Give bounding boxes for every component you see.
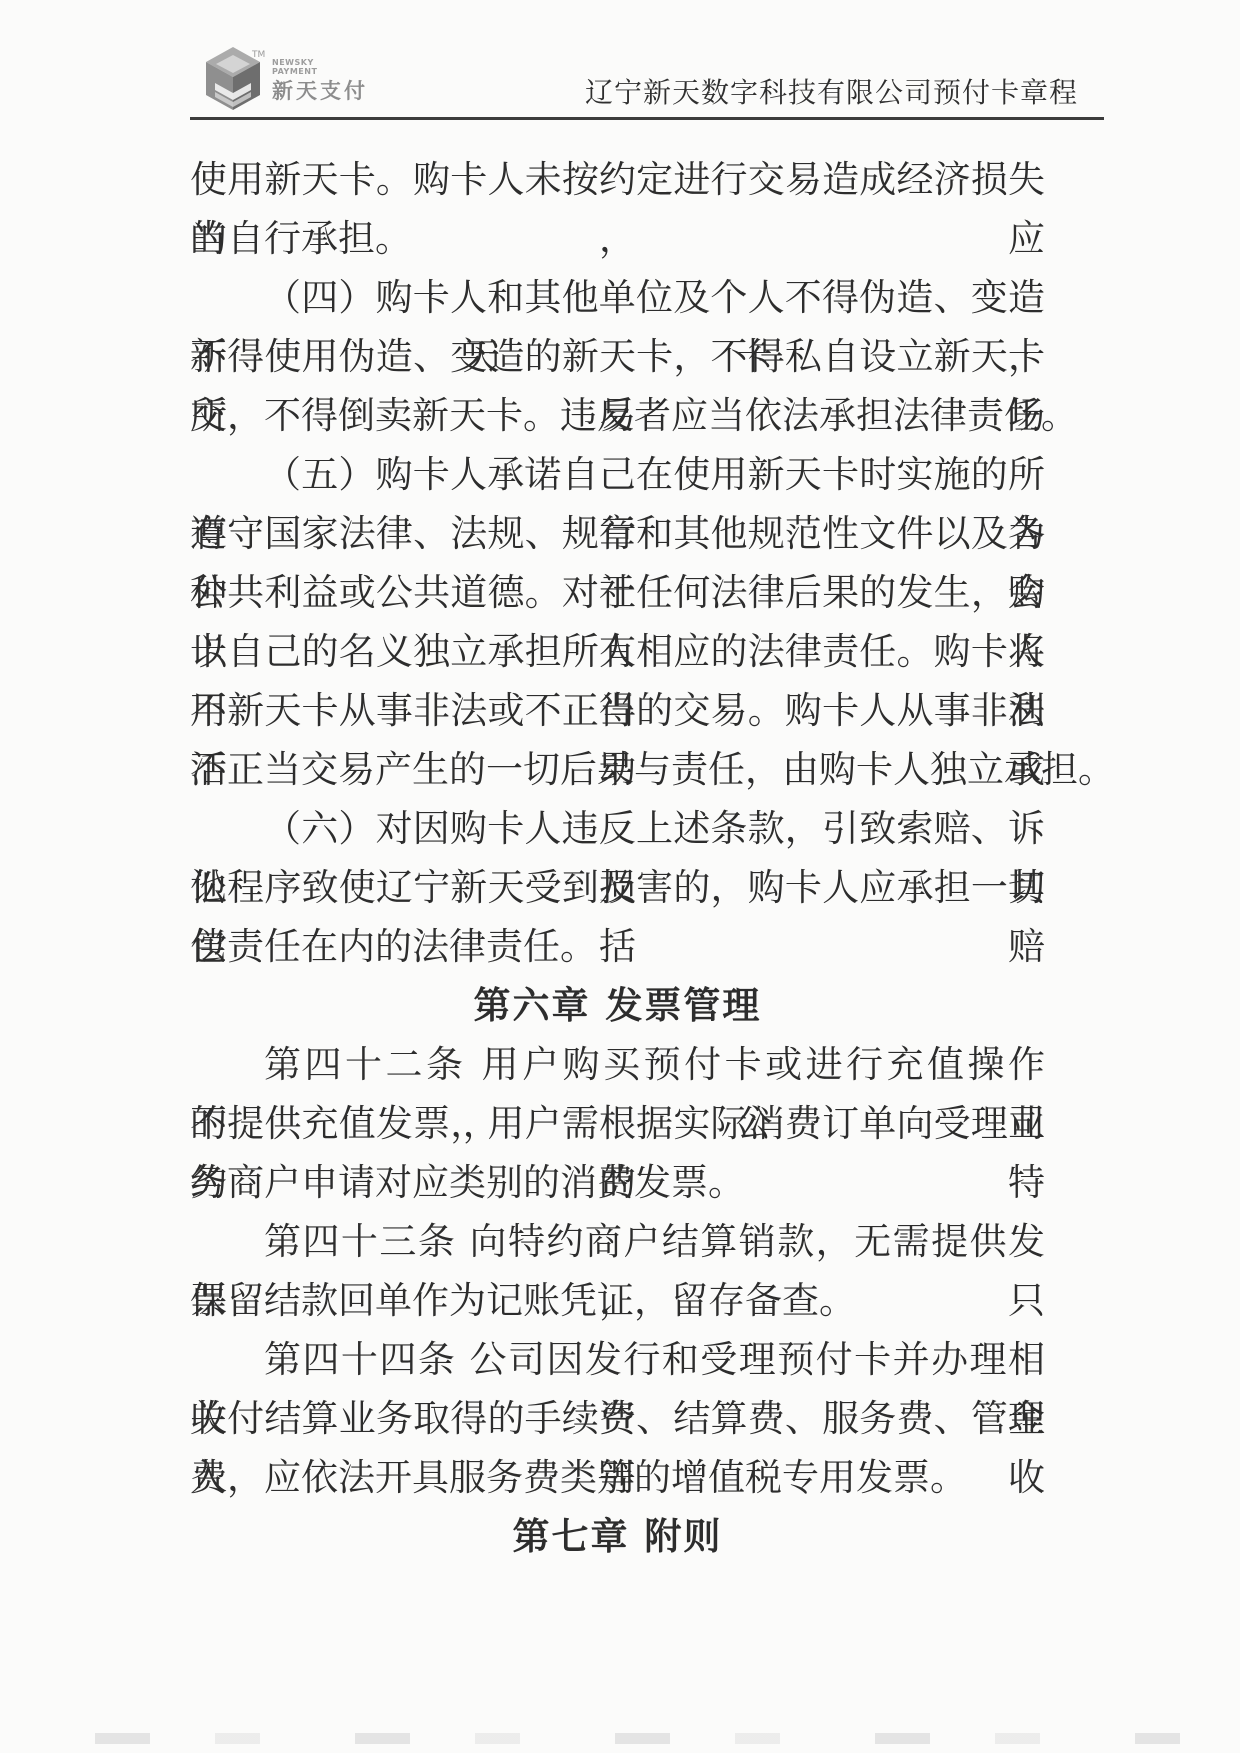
page-bottom-scan-artifact [95, 1733, 1180, 1744]
text-line: 第四十三条 向特约商户结算销款，无需提供发票，只 [190, 1212, 1045, 1271]
document-body: 使用新天卡。购卡人未按约定进行交易造成经济损失的，应当自行承担。（四）购卡人和其… [190, 150, 1045, 1566]
text-line: （四）购卡人和其他单位及个人不得伪造、变造新天卡， [190, 268, 1045, 327]
text-line: 第四十四条 公司因发行和受理预付卡并办理相关资金 [190, 1330, 1045, 1389]
text-line: 不正当交易产生的一切后果与责任，由购卡人独立承担。 [190, 740, 1045, 799]
text-line: 入，应依法开具服务费类别的增值税专用发票。 [190, 1448, 1045, 1507]
text-line: 第四十二条 用户购买预付卡或进行充值操作的，公司 [190, 1035, 1045, 1094]
chapter-heading: 第六章 发票管理 [190, 976, 1045, 1035]
text-line: 他程序致使辽宁新天受到损害的，购卡人应承担一切包括赔 [190, 858, 1045, 917]
text-line: 收付结算业务取得的手续费、结算费、服务费、管理费等收 [190, 1389, 1045, 1448]
text-line: 遵守国家法律、法规、规章和其他规范性文件以及各种社会 [190, 504, 1045, 563]
brand-text: NEWSKY PAYMENT 新天支付 [272, 58, 368, 103]
text-line: 所，不得倒卖新天卡。违反者应当依法承担法律责任。 [190, 386, 1045, 445]
brand-en-line2: PAYMENT [272, 67, 368, 76]
text-line: （六）对因购卡人违反上述条款，引致索赔、诉讼及其 [190, 799, 1045, 858]
text-line: 用新天卡从事非法或不正当的交易。购卡人从事非法活动或 [190, 681, 1045, 740]
text-line: 使用新天卡。购卡人未按约定进行交易造成经济损失的，应 [190, 150, 1045, 209]
text-line: 不提供充值发票，用户需根据实际消费订单向受理业务的特 [190, 1094, 1045, 1153]
brand-name-chinese: 新天支付 [272, 79, 368, 103]
document-title: 辽宁新天数字科技有限公司预付卡章程 [585, 76, 1078, 110]
chapter-heading: 第七章 附则 [190, 1507, 1045, 1566]
trademark-symbol: TM [252, 50, 265, 60]
header-rule [190, 117, 1104, 120]
text-line: 公共利益或公共道德。对于任何法律后果的发生，购卡人将 [190, 563, 1045, 622]
text-line: （五）购卡人承诺自己在使用新天卡时实施的所有行为 [190, 445, 1045, 504]
text-line: 不得使用伪造、变造的新天卡，不得私自设立新天卡交易场 [190, 327, 1045, 386]
brand-en-line1: NEWSKY [272, 58, 368, 67]
document-page: TM NEWSKY PAYMENT 新天支付 辽宁新天数字科技有限公司预付卡章程… [0, 0, 1240, 1753]
text-line: 以自己的名义独立承担所有相应的法律责任。购卡人不得利 [190, 622, 1045, 681]
